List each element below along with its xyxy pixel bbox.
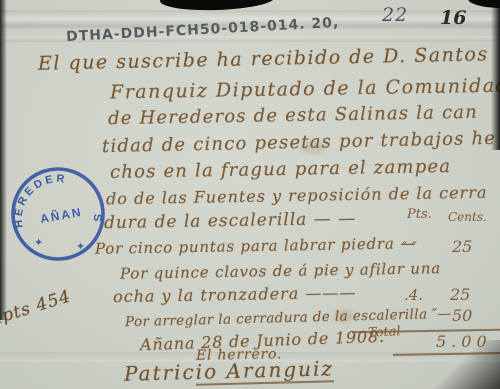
amount-row2-pts: .4. <box>404 286 423 304</box>
scan-edge-right <box>491 0 500 150</box>
manuscript-line: tidad de cinco pesetas por trabajos he <box>102 128 497 157</box>
svg-text:S: S <box>91 214 103 225</box>
stamp-center-text: AÑAN <box>39 204 84 226</box>
scan-shadow-bottom-right <box>425 340 500 389</box>
manuscript-line: chos en la fragua para el zampea <box>110 156 452 183</box>
manuscript-line-item: ocha y la tronzadera ——— <box>113 283 357 306</box>
manuscript-line-item: Por quince clavos de á pie y afilar una <box>120 259 441 283</box>
amount-column-header-pts: Pts. <box>407 207 432 222</box>
manuscript-line: do de las Fuentes y reposición de la cer… <box>106 183 488 209</box>
stamp-star-icon: ✦ <box>76 240 85 253</box>
amount-column-header-cents: Cents. <box>448 210 487 224</box>
manuscript-line-item: Por arreglar la cerradura de la escaleri… <box>125 306 452 331</box>
manuscript-line: de Herederos de esta Salinas la can <box>108 102 478 129</box>
total-label: Total <box>368 324 401 341</box>
amount-row1-pts: ″ ″ <box>402 240 417 256</box>
paper-sheet: DTHA-DDH-FCH50-018-014. 20, 22 16 El que… <box>0 0 500 389</box>
manuscript-line: dura de la escalerilla — — <box>104 209 356 233</box>
amount-row3-cents: 50 <box>452 306 472 325</box>
community-stamp-icon: HEREDER S AÑAN ✦ ✦ <box>0 156 118 276</box>
scanned-document: DTHA-DDH-FCH50-018-014. 20, 22 16 El que… <box>0 0 500 389</box>
margin-annotation: apts 454 <box>0 286 74 329</box>
manuscript-line: Franquiz Diputado de la Comunidad <box>110 75 500 104</box>
stamp-star-icon: ✦ <box>34 236 43 249</box>
stamp-arc-text-right: S <box>91 214 103 225</box>
scan-edge-left <box>0 0 7 320</box>
folio-number-ink: 16 <box>440 7 466 29</box>
amount-row2-cents: 25 <box>450 285 470 304</box>
manuscript-line-item: Por cinco puntas para labrar piedra — <box>95 234 416 258</box>
amount-row1-cents: 25 <box>452 237 472 256</box>
manuscript-line: El que suscribe ha recibido de D. Santos <box>38 43 489 74</box>
folio-number-pencil: 22 <box>382 4 408 26</box>
